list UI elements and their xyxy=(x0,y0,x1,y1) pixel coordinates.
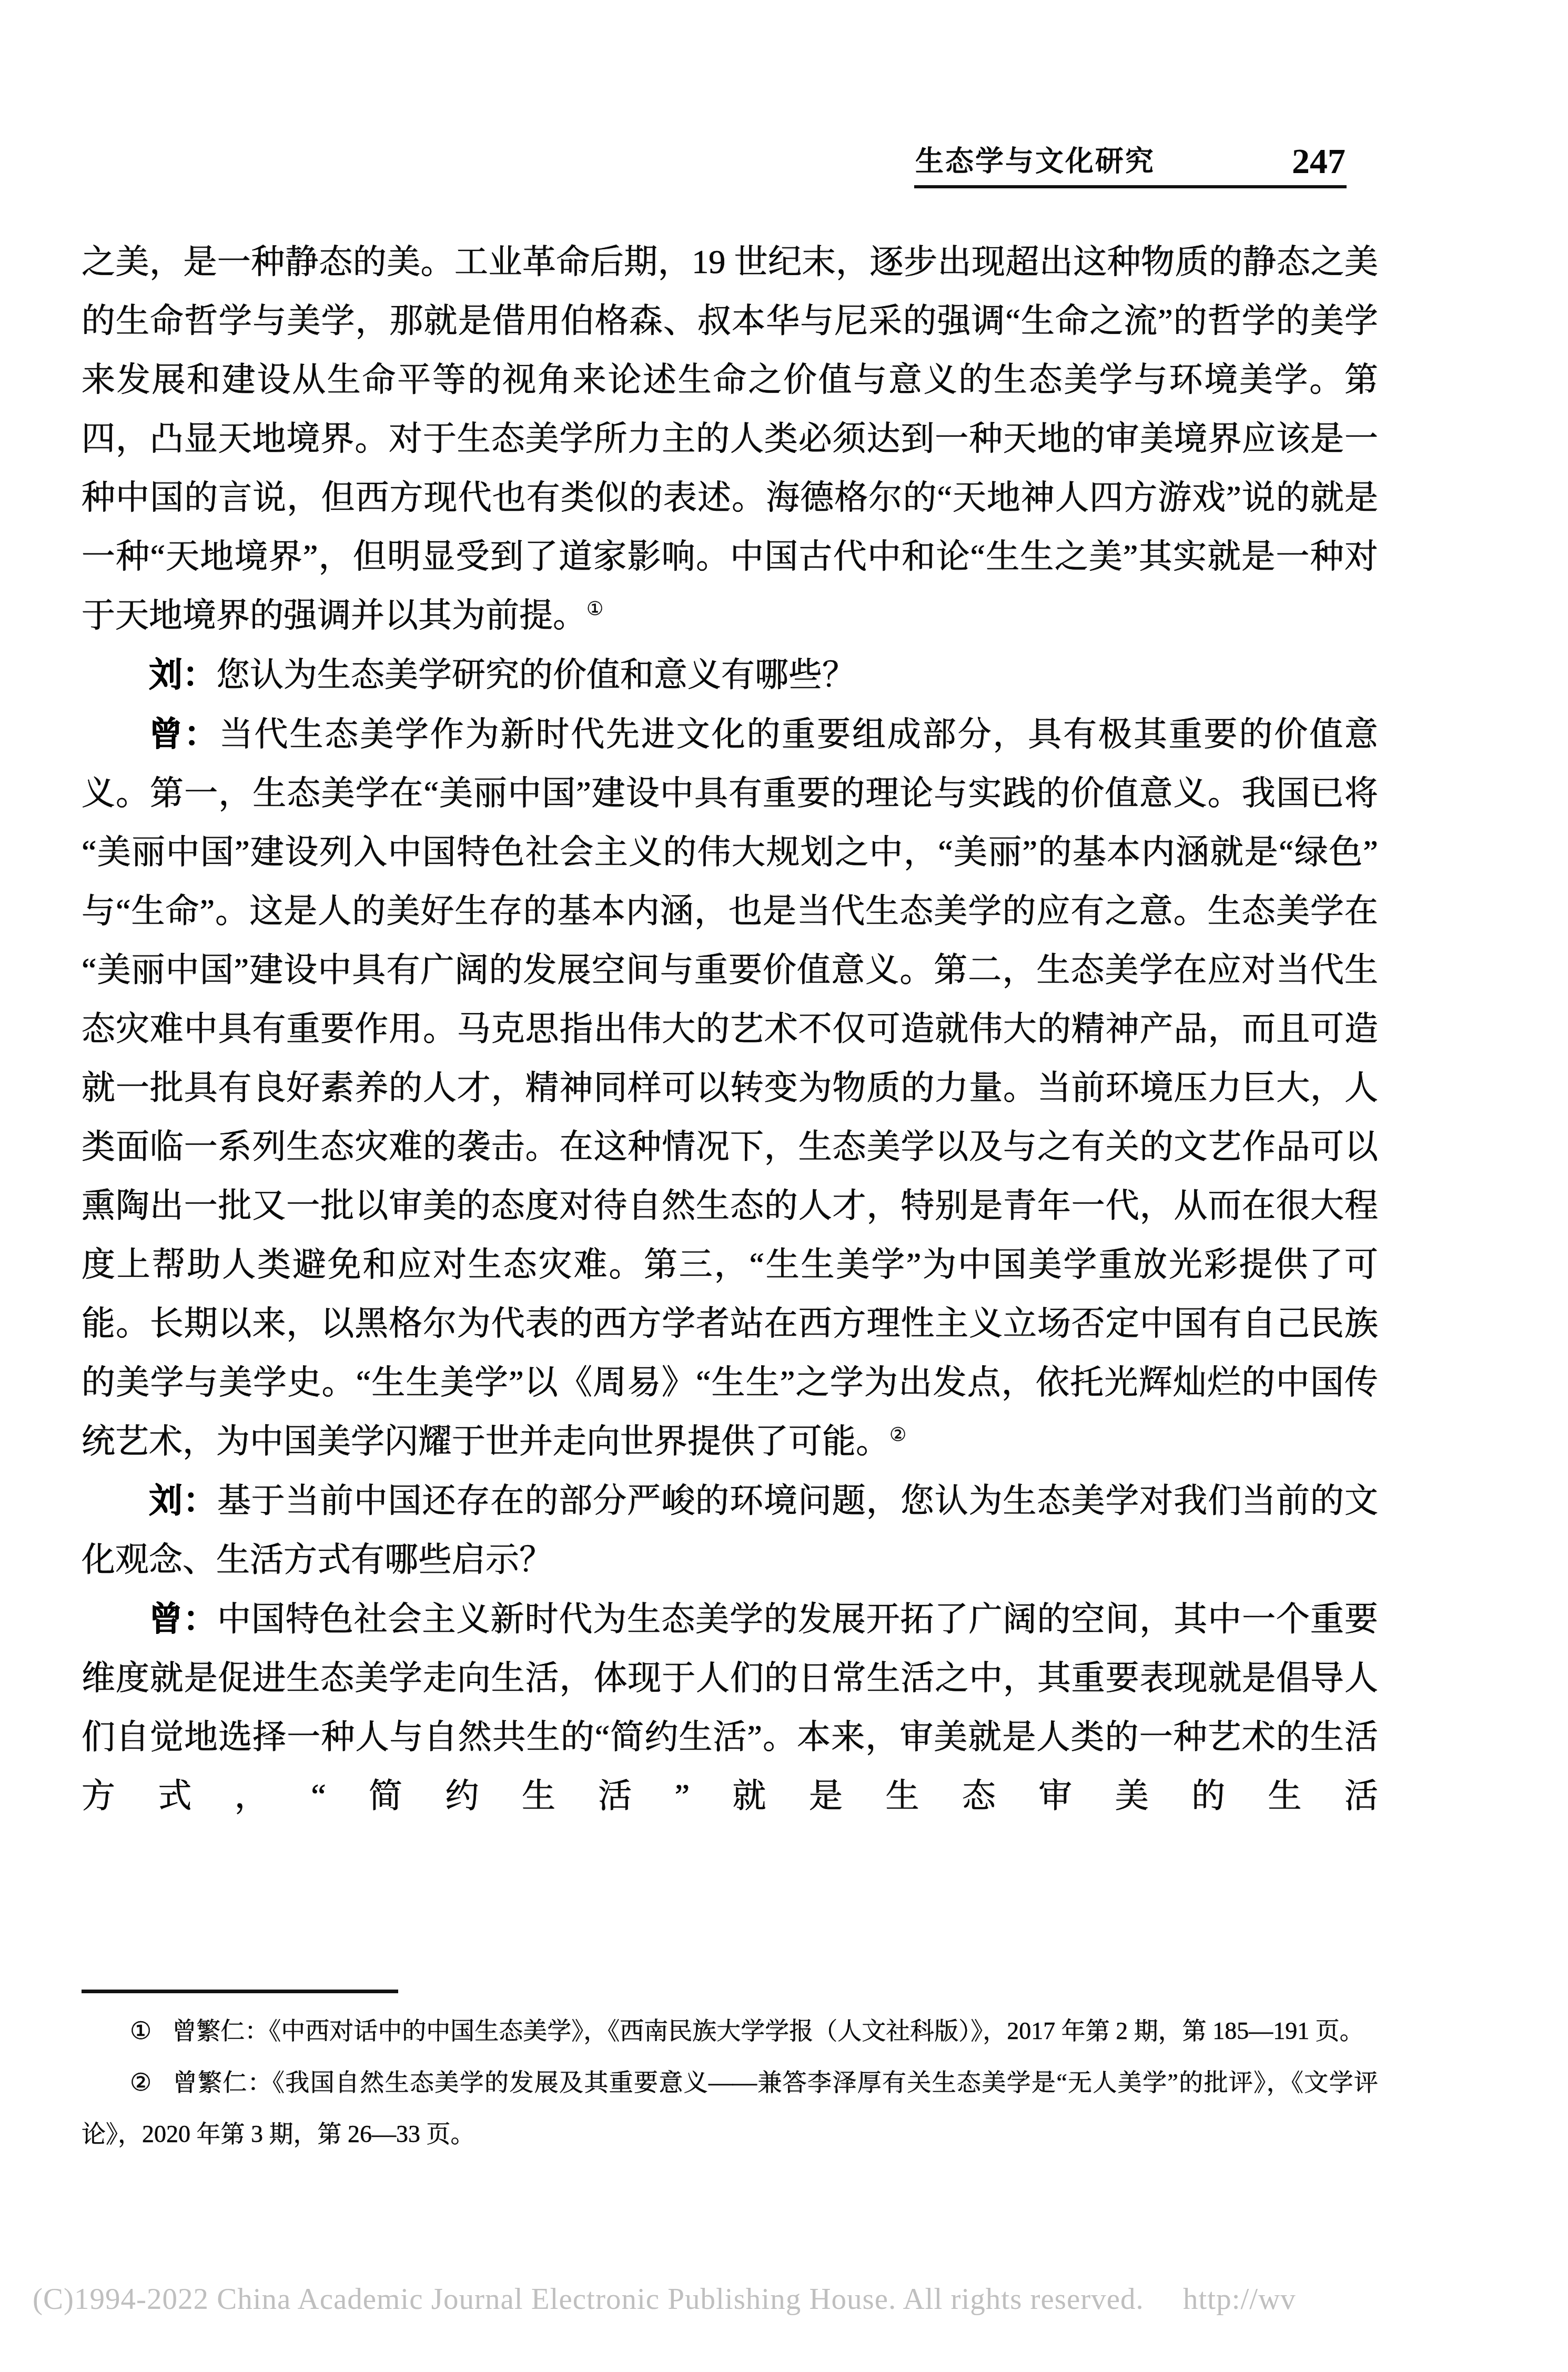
footnote-marker-1: ① xyxy=(130,2017,151,2044)
running-head: 生态学与文化研究 247 xyxy=(915,143,1346,179)
footnote-item: ②曾繁仁：《我国自然生态美学的发展及其重要意义——兼答李泽厚有关生态美学是“无人… xyxy=(82,2057,1378,2160)
speaker-label: 刘： xyxy=(149,655,216,693)
page-body: 之美，是一种静态的美。工业革命后期，19 世纪末，逐步出现超出这种物质的静态之美… xyxy=(82,233,1378,1990)
scanned-page: { "header": { "section_title": "生态学与文化研究… xyxy=(0,0,1568,2372)
header-rule xyxy=(914,185,1347,188)
footnote-text: 曾繁仁：《中西对话中的中国生态美学》，《西南民族大学学报（人文社科版）》，201… xyxy=(172,2017,1364,2044)
paragraph-question: 刘：基于当前中国还存在的部分严峻的环境问题，您认为生态美学对我们当前的文化观念、… xyxy=(82,1471,1378,1589)
footnote-marker-2: ② xyxy=(130,2069,153,2096)
paragraph-answer: 曾：中国特色社会主义新时代为生态美学的发展开拓了广阔的空间，其中一个重要维度就是… xyxy=(82,1589,1378,1825)
paragraph-text: 之美，是一种静态的美。工业革命后期，19 世纪末，逐步出现超出这种物质的静态之美… xyxy=(82,243,1378,634)
paragraph-question: 刘：您认为生态美学研究的价值和意义有哪些？ xyxy=(82,645,1378,704)
speaker-label: 曾： xyxy=(149,715,219,753)
paragraph-text: 中国特色社会主义新时代为生态美学的发展开拓了广阔的空间，其中一个重要维度就是促进… xyxy=(82,1600,1378,1814)
footnotes: ①曾繁仁：《中西对话中的中国生态美学》，《西南民族大学学报（人文社科版）》，20… xyxy=(82,2005,1378,2160)
footnote-item: ①曾繁仁：《中西对话中的中国生态美学》，《西南民族大学学报（人文社科版）》，20… xyxy=(82,2005,1378,2057)
paragraph-text: 当代生态美学作为新时代先进文化的重要组成部分，具有极其重要的价值意义。第一，生态… xyxy=(82,715,1378,1460)
paragraph-continuation: 之美，是一种静态的美。工业革命后期，19 世纪末，逐步出现超出这种物质的静态之美… xyxy=(82,233,1378,645)
footnote-text: 曾繁仁：《我国自然生态美学的发展及其重要意义——兼答李泽厚有关生态美学是“无人美… xyxy=(82,2069,1378,2147)
footnote-ref-2: ② xyxy=(889,1424,906,1445)
footnote-ref-1: ① xyxy=(586,598,603,619)
copyright-watermark: (C)1994-2022 China Academic Journal Elec… xyxy=(33,2282,1568,2316)
copyright-text: (C)1994-2022 China Academic Journal Elec… xyxy=(33,2283,1144,2316)
speaker-label: 曾： xyxy=(149,1600,217,1638)
paragraph-text: 您认为生态美学研究的价值和意义有哪些？ xyxy=(216,656,856,693)
speaker-label: 刘： xyxy=(149,1481,217,1519)
paragraph-answer: 曾：当代生态美学作为新时代先进文化的重要组成部分，具有极其重要的价值意义。第一，… xyxy=(82,704,1378,1471)
watermark-url: http://wv xyxy=(1183,2283,1296,2316)
section-title: 生态学与文化研究 xyxy=(915,147,1155,179)
paragraph-text: 基于当前中国还存在的部分严峻的环境问题，您认为生态美学对我们当前的文化观念、生活… xyxy=(82,1482,1378,1578)
page-number: 247 xyxy=(1292,143,1346,179)
footnote-separator-rule xyxy=(82,1990,398,1993)
